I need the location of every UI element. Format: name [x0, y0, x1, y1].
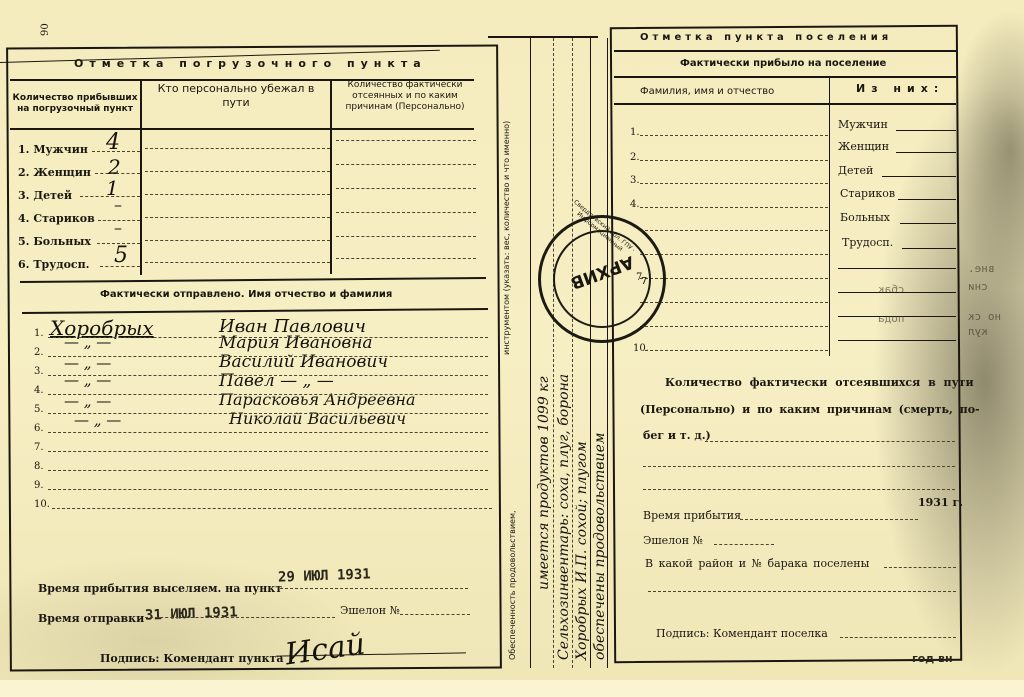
surname: — „ — [64, 333, 111, 351]
col-header-escaped: Кто персонально убежал в пути [146, 82, 326, 110]
col-header-removed: Количество фактически отсеянных и по как… [334, 80, 476, 113]
sent-title: Фактически отправлено. Имя отчество и фа… [100, 289, 392, 300]
echelon-label: Эшелон № [340, 604, 400, 617]
arrived-subtitle: Фактически прибыло на поселение [680, 58, 886, 69]
strip-handwritten-4: обеспечены продовольствием [592, 433, 608, 660]
category-list: 1. Мужчин 4 2. Женщин 2 3. Детей 1 4. Ст… [18, 138, 488, 276]
row-number: 9. [34, 480, 44, 491]
sent-row: 9. [34, 474, 489, 493]
dropout-text-line1: Количество фактически отсеявшихся в пути [665, 376, 974, 389]
category-label: 4. Стариков [18, 212, 95, 225]
strip-printed-top: инструментом (указать: вес, количество и… [502, 121, 511, 355]
category-row: 1. Мужчин 4 [18, 138, 488, 161]
dropout-text-line2: (Персонально) и по каким причинам (смерт… [640, 403, 980, 416]
settle-category-children: Детей [838, 164, 873, 177]
sent-row: 7. [34, 436, 489, 455]
row-number: 2. [34, 347, 44, 358]
archive-stamp: Свердловский обл. ГПУ · Информационный А… [538, 215, 666, 343]
row-number: 6. [34, 423, 44, 434]
loading-point-title: Отметка погрузочного пункта [74, 57, 427, 70]
commandant-signature-label: Подпись: Комендант пункта [100, 652, 283, 665]
settle-category-women: Женщин [838, 140, 889, 153]
departure-date-stamp: 31 ИЮЛ 1931 [145, 604, 238, 623]
corner-mark: 90 [40, 23, 51, 36]
row-number: 2. [630, 152, 640, 163]
col-header-of-them: Из них: [856, 82, 944, 95]
row-number: 3. [34, 366, 44, 377]
settle-category-sick: Больных [840, 211, 890, 224]
row-number: 10. [34, 499, 50, 510]
divider [614, 50, 956, 52]
given-names: Николай Васильевич [229, 409, 406, 428]
sent-list: 1. Хоробрых Иван Павлович 2. — „ — Мария… [34, 322, 489, 512]
divider [614, 103, 956, 105]
given-names: Василий Иванович [219, 352, 388, 372]
strip-line [530, 38, 531, 668]
category-label: 2. Женщин [18, 166, 91, 179]
row-number: 3. [630, 175, 640, 186]
row-number: 4. [34, 385, 44, 396]
category-label: 6. Трудосп. [18, 258, 89, 271]
strip-top-line [488, 36, 598, 38]
category-row: 5. Больных – [18, 230, 488, 253]
divider [10, 128, 474, 130]
row-number: 7. [34, 442, 44, 453]
bleed-through-text: год вн [912, 652, 953, 665]
surname: — „ — [64, 371, 111, 389]
row-number: 4. [630, 199, 640, 210]
category-label: 1. Мужчин [18, 143, 88, 156]
strip-handwritten-1: имеется продуктов 1099 кг [536, 376, 552, 590]
strip-handwritten-3: Хоробрых И.П. сохой; плугом [574, 441, 590, 660]
row-number: 1. [630, 127, 640, 138]
sent-row: 8. [34, 455, 489, 474]
category-value: 5 [114, 243, 128, 268]
given-names: Павел — „ — [219, 371, 334, 391]
settle-arrival-label: Время прибытия [643, 509, 741, 522]
strip-handwritten-2: Сельхозинвентарь: соха, плуг, борона [556, 374, 572, 660]
category-label: 5. Больных [18, 235, 91, 248]
settle-category-elderly: Стариков [840, 187, 895, 200]
sent-row: 6. — „ — Николай Васильевич [34, 417, 489, 436]
row-number: 1. [34, 328, 44, 339]
given-names: Парасковья Андреевна [219, 390, 416, 409]
row-number: 5. [34, 404, 44, 415]
category-label: 3. Детей [18, 189, 72, 202]
strip-printed-bottom: Обеспеченность продовольствием, [508, 510, 517, 660]
settle-year: 1931 г. [918, 496, 963, 509]
category-row: 6. Трудосп. 5 [18, 253, 488, 276]
category-row: 4. Стариков – [18, 207, 488, 230]
settle-echelon-label: Эшелон № [643, 534, 703, 547]
settle-category-able: Трудосп. [842, 236, 893, 249]
stamp-number: 7 [641, 276, 647, 287]
settlement-commandant-label: Подпись: Комендант поселка [656, 627, 828, 640]
col-header-arrived: Количество прибывших на погрузочный пунк… [12, 93, 138, 115]
col-header-full-name: Фамилия, имя и отчество [640, 86, 774, 97]
given-names: Мария Ивановна [219, 333, 373, 353]
scan-margin [0, 680, 1024, 697]
settle-category-men: Мужчин [838, 118, 888, 131]
row-number: 10. [633, 343, 649, 354]
dropout-text-line3: бег и т. д.) [643, 429, 711, 442]
sent-row: 10. [34, 493, 489, 512]
divider [614, 76, 956, 78]
strip-line [590, 38, 591, 668]
arrival-date-stamp: 29 ИЮЛ 1931 [278, 566, 371, 585]
departure-time-label: Время отправки [38, 612, 144, 625]
settlement-point-title: Отметка пункта поселения [640, 32, 892, 43]
col-divider [829, 76, 830, 356]
arrival-time-label: Время прибытия выселяем. на пункт [38, 582, 282, 595]
category-value: – [114, 195, 122, 214]
row-number: 8. [34, 461, 44, 472]
district-barrack-label: В какой район и № барака поселены [645, 557, 869, 570]
